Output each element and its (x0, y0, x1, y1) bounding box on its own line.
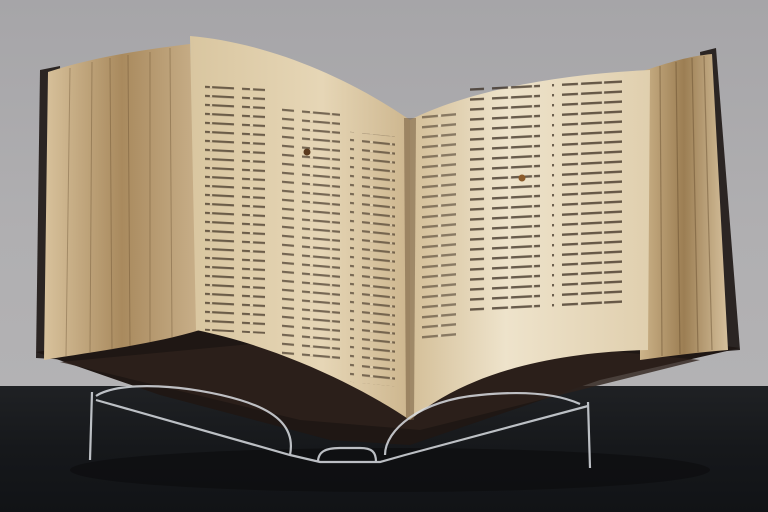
left-page-edges (44, 44, 200, 360)
stain-spot (519, 175, 526, 182)
codex-photo (0, 0, 768, 512)
right-page-text (418, 77, 622, 343)
book-shadow (70, 448, 710, 492)
ink-spot (304, 149, 311, 156)
gutter (404, 118, 416, 420)
